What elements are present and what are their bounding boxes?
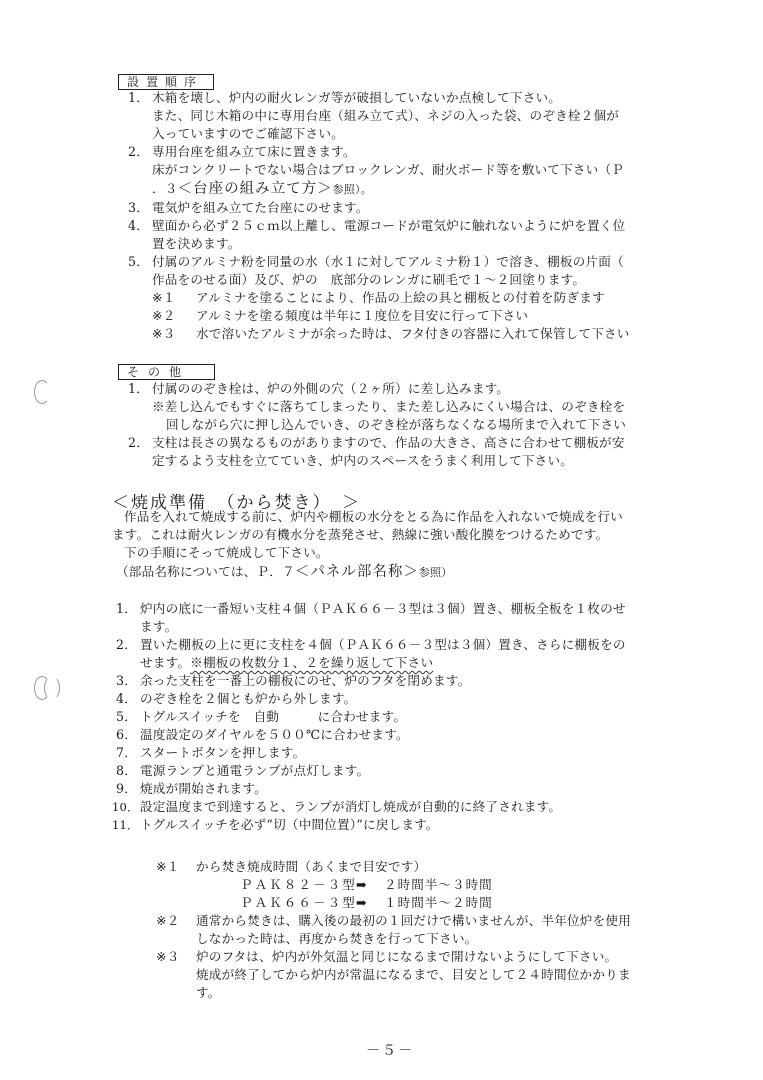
repeat-instruction-underlined: ※棚板の枚数分１、２を繰り返して下さい: [190, 655, 433, 670]
step-text: 壁面から必ず２５ｃｍ以上離し、電源コードが電気炉に触れないように炉を置く位: [152, 217, 625, 235]
step-number: 1．: [116, 600, 137, 618]
intro-reference: （部品名称については、Ｐ．７＜パネル部名称＞参照）: [116, 563, 452, 582]
item-number: 2．: [128, 434, 149, 452]
step-text: 床がコンクリートでない場合はブロックレンガ、耐火ボード等を敷いて下さい（Ｐ: [152, 161, 624, 179]
item-text: 定するよう支柱を立てていき、炉内のスペースをうまく利用して下さい。: [152, 452, 573, 470]
note-mark: ※１: [152, 289, 176, 307]
item-text: 支柱は長さの異なるものがありますので、作品の大きさ、高さに合わせて棚板が安: [152, 434, 625, 452]
step-text: トグルスイッチを必ず“切（中間位置）”に戻します。: [140, 816, 439, 834]
step-text: 電源ランプと通電ランプが点灯します。: [140, 762, 369, 780]
step-number: 3．: [128, 199, 149, 217]
intro-text: 下の手順にそって焼成して下さい。: [124, 544, 329, 562]
step-text: 置を決めます。: [152, 235, 241, 253]
step-text: 入っていますのでご確認下さい。: [152, 125, 344, 143]
arrow-icon: ➡: [356, 876, 367, 894]
step-number: 11．: [112, 816, 139, 834]
step-number: 10．: [112, 798, 139, 816]
step-number: 7．: [116, 744, 137, 762]
step-number: 5．: [128, 253, 149, 271]
note-mark: ※２: [156, 912, 180, 930]
firing-time: １時間半～２時間: [384, 894, 493, 912]
note-text: 水で溶いたアルミナが余った時は、フタ付きの容器に入れて保管して下さい: [196, 325, 630, 343]
note-text: す。: [196, 984, 221, 1002]
ref-title: ＜パネル部名称＞: [295, 564, 419, 580]
note-text: から焚き焼成時間（あくまで目安です）: [196, 858, 426, 876]
note-text: 通常から焚きは、購入後の最初の１回だけで構いませんが、半年位炉を使用: [196, 912, 631, 930]
step-number: 4．: [128, 217, 149, 235]
step-text: 焼成が開始されます。: [140, 780, 267, 798]
note-text: アルミナを塗る頻度は半年に１度位を目安に行って下さい: [196, 307, 528, 325]
step-number: 6．: [116, 726, 137, 744]
page-number: －５－: [366, 1040, 414, 1060]
binder-hole-mark: [34, 380, 50, 404]
note-mark: ※２: [152, 307, 176, 325]
note-text: しなかった時は、再度から焚きを行って下さい。: [196, 930, 477, 948]
item-number: 1．: [128, 380, 149, 398]
step-number: 2．: [116, 636, 137, 654]
step-text: 炉内の底に一番短い支柱４個（ＰＡＫ６６－３型は３個）置き、棚板全板を１枚のせ: [140, 600, 626, 618]
ref-prefix: （部品名称については、Ｐ．７: [116, 564, 295, 579]
step-text: ます。: [140, 618, 177, 636]
step-text: 電気炉を組み立てた台座にのせます。: [152, 199, 369, 217]
step-text: 置いた棚板の上に更に支柱を４個（ＰＡＫ６６－３型は３個）置き、さらに棚板をの: [140, 636, 626, 654]
step-text: 専用台座を組み立て床に置きます。: [152, 143, 356, 161]
step-number: 3．: [116, 672, 137, 690]
step-number: 2．: [128, 143, 149, 161]
binder-hole-mark: [44, 676, 60, 700]
model-name: ＰＡＫ６６－３型: [240, 894, 357, 912]
step-text: 余った支柱を一番上の棚板にのせ、炉のフタを閉めます。: [140, 672, 470, 690]
note-mark: ※３: [152, 325, 176, 343]
section-heading-installation: 設置順序: [118, 74, 214, 90]
model-name: ＰＡＫ８２－３型: [240, 876, 357, 894]
step-text: のぞき栓を２個とも炉から外します。: [140, 690, 357, 708]
page-ref-suffix: 参照）。: [333, 183, 372, 196]
document-page: 設置順序 1． 木箱を壊し、炉内の耐火レンガ等が破損していないか点検して下さい。…: [0, 0, 763, 1080]
note-text: 焼成が終了してから炉内が常温になるまで、目安として２４時間位かかりま: [196, 966, 631, 984]
step-text: トグルスイッチを 自動 に合わせます。: [140, 708, 406, 726]
step-text: 設定温度まで到達すると、ランプが消灯し焼成が自動的に終了されます。: [140, 798, 561, 816]
firing-time: ２時間半～３時間: [384, 876, 493, 894]
item-text: 回しながら穴に押し込んでいき、のぞき栓が落ちなくなる場所まで入れて下さい: [166, 416, 626, 434]
note-mark: ※１: [156, 858, 180, 876]
note-text: 炉のフタは、炉内が外気温と同じになるまで開けないようにして下さい。: [196, 948, 617, 966]
intro-text: 作品を入れて焼成する前に、炉内や棚板の水分をとる為に作品を入れないで焼成を行い: [124, 508, 623, 526]
step-text: また、同じ木箱の中に専用台座（組み立て式）、ネジの入った袋、のぞき栓２個が: [152, 107, 619, 125]
step-text: 作品をのせる面）及び、炉の 底部分のレンガに刷毛で１～２回塗ります。: [152, 271, 585, 289]
step-text: ．３＜台座の組み立て方＞参照）。: [152, 180, 372, 199]
step-text: スタートボタンを押します。: [140, 744, 305, 762]
step-number: 1．: [128, 89, 149, 107]
step-text: 木箱を壊し、炉内の耐火レンガ等が破損していないか点検して下さい。: [152, 89, 561, 107]
page-ref-title: ＜台座の組み立て方＞: [178, 181, 333, 197]
step-text: 温度設定のダイヤルを５００℃に合わせます。: [140, 726, 409, 744]
step-number: 8．: [116, 762, 137, 780]
step-number: 4．: [116, 690, 137, 708]
step-text-prefix: せます。: [140, 655, 190, 670]
item-text: 付属ののぞき栓は、炉の外側の穴（２ヶ所）に差し込みます。: [152, 380, 509, 398]
intro-text: ます。これは耐火レンガの有機水分を蒸発させ、熱線に強い酸化膜をつけるためです。: [112, 526, 608, 544]
step-number: 9．: [116, 780, 137, 798]
step-number: 5．: [116, 708, 137, 726]
arrow-icon: ➡: [356, 894, 367, 912]
note-mark: ※３: [156, 948, 180, 966]
item-text: ※差し込んでもすぐに落ちてしまったり、また差し込みにくい場合は、のぞき栓を: [152, 398, 625, 416]
ref-suffix: 参照）: [419, 566, 453, 579]
step-text: せます。※棚板の枚数分１、２を繰り返して下さい: [140, 654, 433, 672]
note-text: アルミナを塗ることにより、作品の上絵の具と棚板との付着を防ぎます: [196, 289, 605, 307]
step-text: 付属のアルミナ粉を同量の水（水１に対してアルミナ粉１）で溶き、棚板の片面（: [152, 253, 624, 271]
section-heading-other: その他: [118, 364, 215, 380]
page-ref-number: ．３: [152, 181, 178, 196]
